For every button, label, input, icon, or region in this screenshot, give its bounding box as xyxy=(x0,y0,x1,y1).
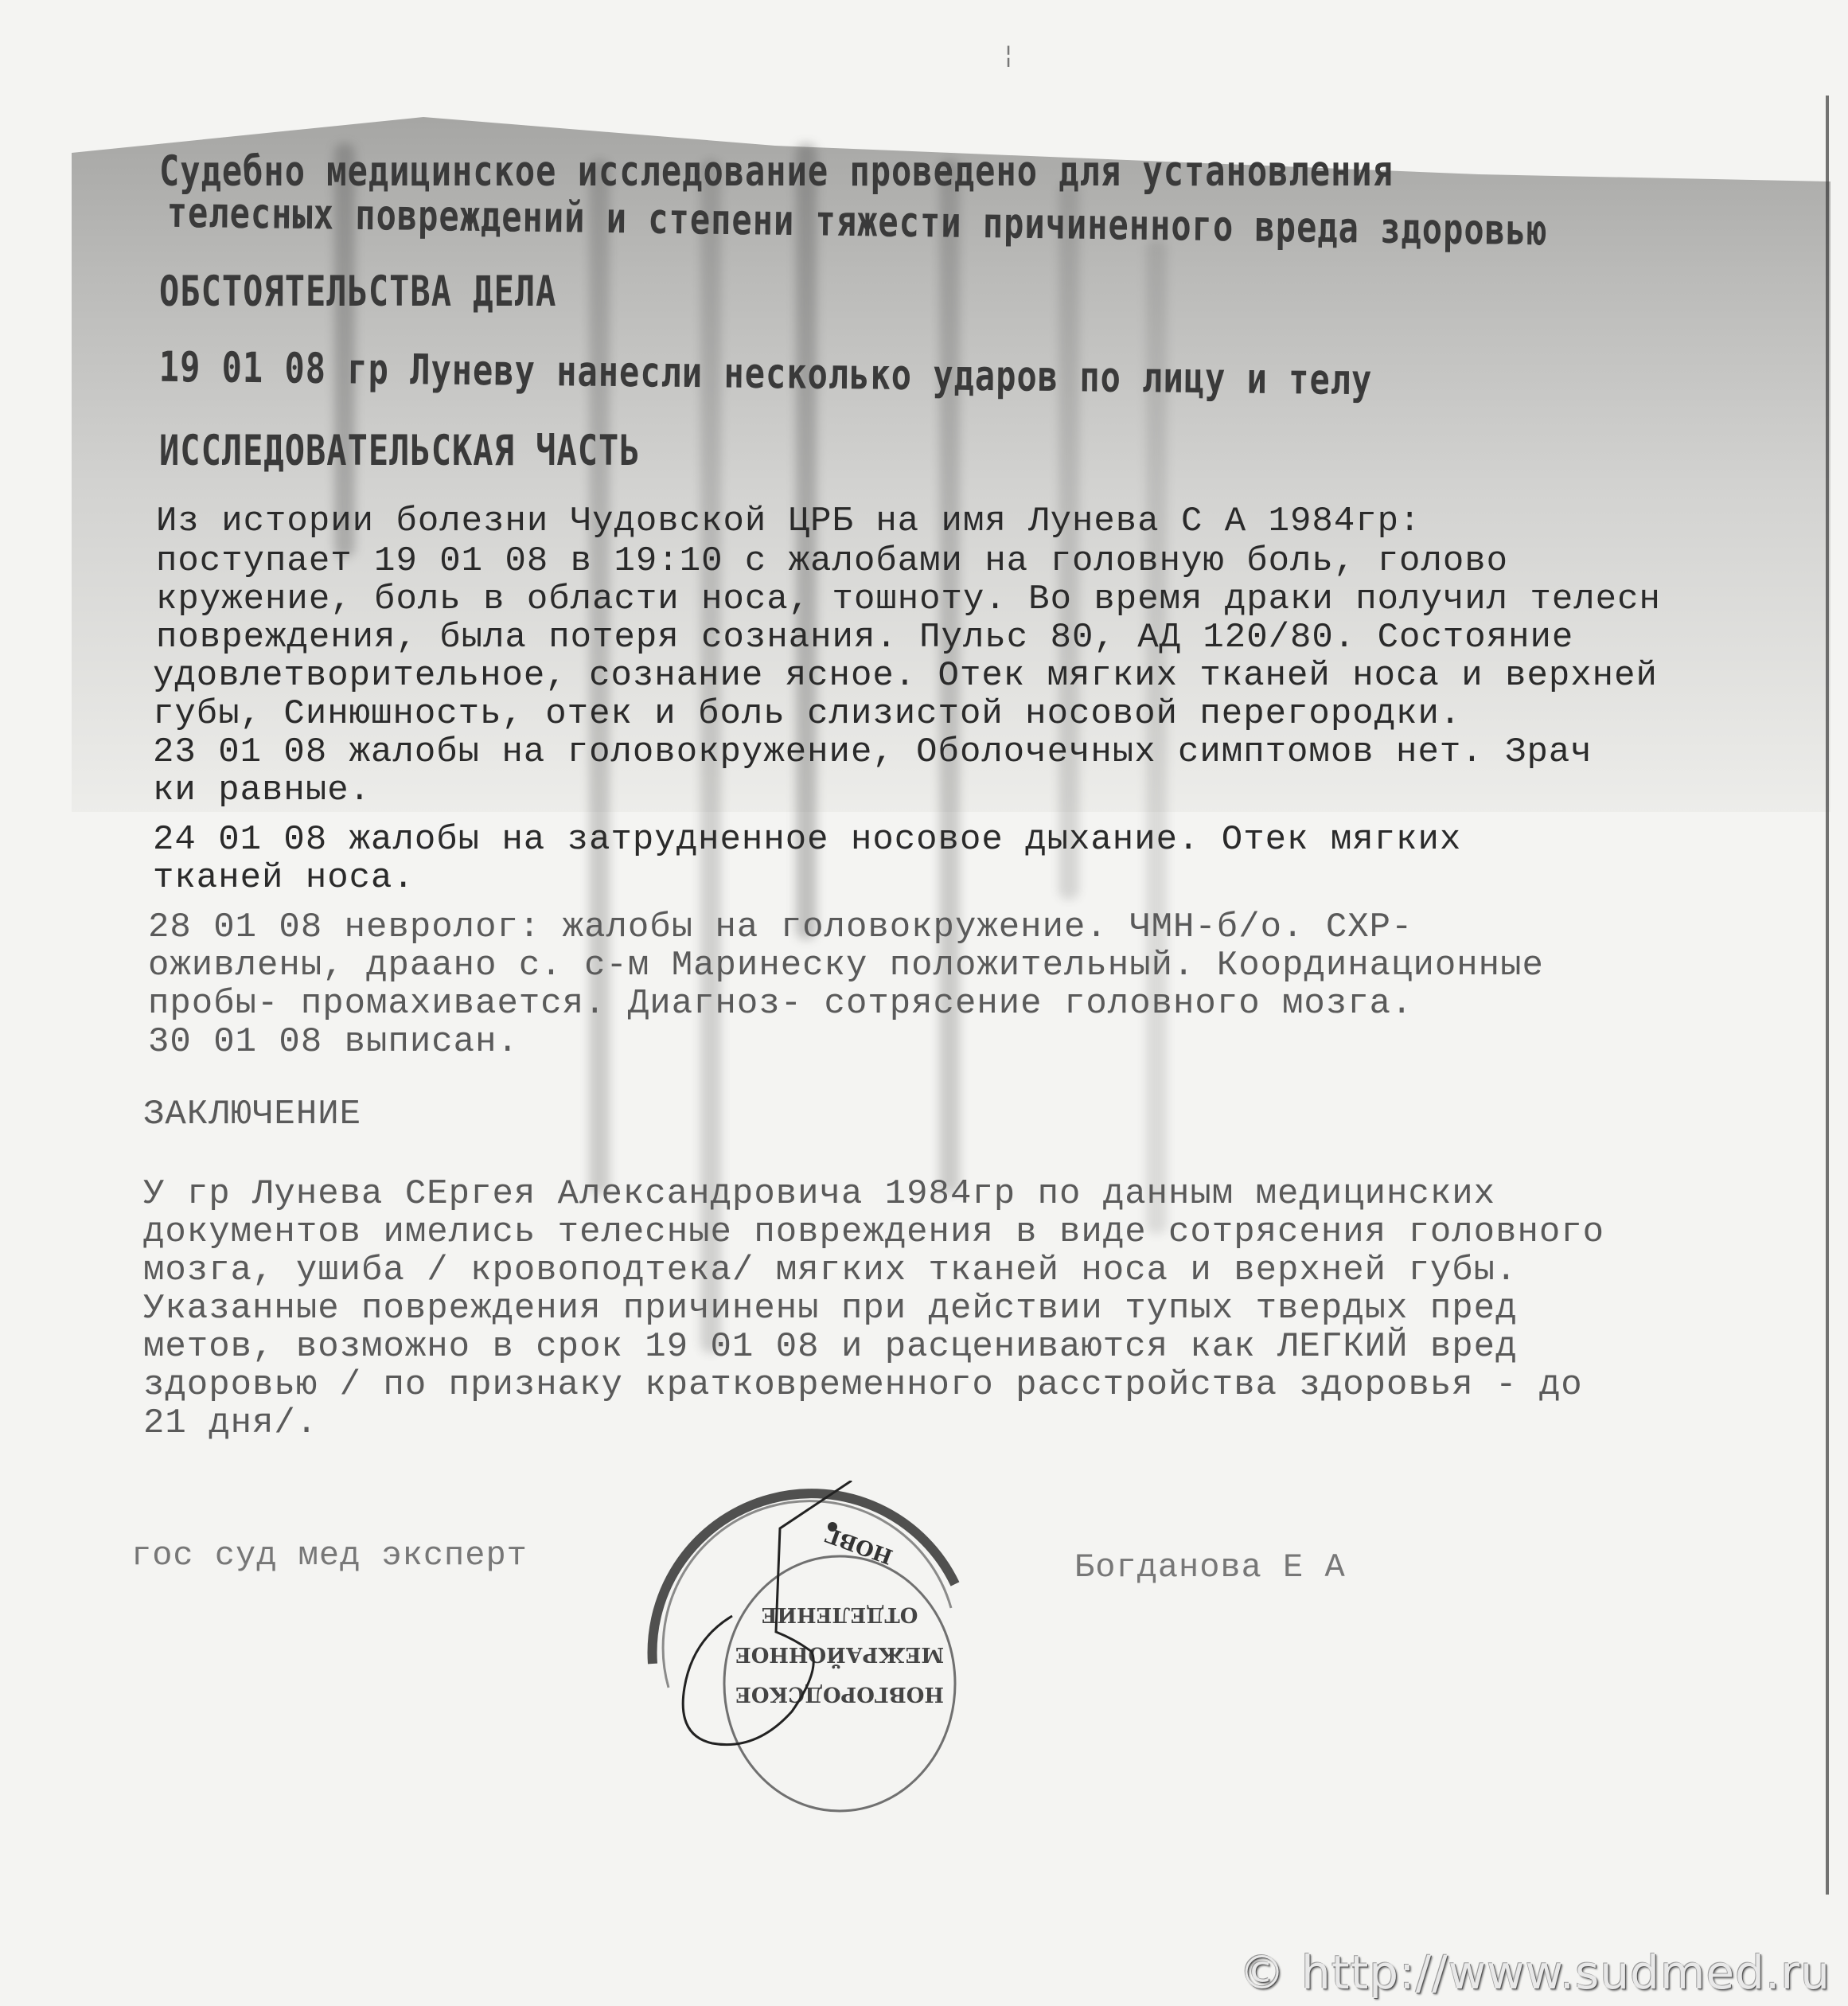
research-line: губы, Синюшность, отек и боль слизистой … xyxy=(153,694,1461,734)
research-line: повреждения, была потеря сознания. Пульс… xyxy=(156,618,1573,658)
intro-line-2: телесных повреждений и степени тяжести п… xyxy=(166,188,1547,255)
research-line: тканей носа. xyxy=(153,858,415,898)
research-line: оживлены, драано с. с-м Маринеску положи… xyxy=(148,946,1544,985)
signature-name: Богданова Е А xyxy=(1074,1548,1346,1586)
conclusion-heading: ЗАКЛЮЧЕНИЕ xyxy=(143,1095,361,1134)
conclusion-line: документов имелись телесные повреждения … xyxy=(143,1212,1604,1252)
conclusion-line: метов, возможно в срок 19 01 08 и расцен… xyxy=(143,1327,1517,1367)
research-line: поступает 19 01 08 в 19:10 с жалобами на… xyxy=(156,541,1508,581)
signature-role: гос суд мед эксперт xyxy=(131,1536,528,1575)
research-line: 30 01 08 выписан. xyxy=(148,1022,519,1062)
official-stamp: НОВГОРОДСКОЕ МЕЖРАЙОННОЕ ОТДЕЛЕНИЕ НОВГ xyxy=(637,1481,979,1815)
conclusion-line: здоровью / по признаку кратковременного … xyxy=(143,1365,1583,1405)
site-watermark: © http://www.sudmed.ru xyxy=(1239,1946,1830,2000)
svg-text:НОВГОРОДСКОЕ: НОВГОРОДСКОЕ xyxy=(735,1682,944,1706)
circumstances-heading: ОБСТОЯТЕЛЬСТВА ДЕЛА xyxy=(159,267,556,315)
svg-text:МЕЖРАЙОННОЕ: МЕЖРАЙОННОЕ xyxy=(735,1642,944,1668)
research-line: 28 01 08 невролог: жалобы на головокруже… xyxy=(148,907,1413,947)
research-line: ки равные. xyxy=(153,771,371,810)
research-line: 23 01 08 жалобы на головокружение, Оболо… xyxy=(153,732,1593,772)
research-line: кружение, боль в области носа, тошноту. … xyxy=(156,580,1661,619)
conclusion-line: У гр Лунева СЕргея Александровича 1984гр… xyxy=(143,1174,1495,1214)
intro-line-1: Судебно медицинское исследование проведе… xyxy=(159,146,1394,195)
conclusion-line: мозга, ушиба / кровоподтека/ мягких ткан… xyxy=(143,1251,1517,1290)
circumstances-text: 19 01 08 гр Луневу нанесли несколько уда… xyxy=(159,342,1373,404)
conclusion-line: Указанные повреждения причинены при дейс… xyxy=(143,1289,1517,1329)
svg-text:ОТДЕЛЕНИЕ: ОТДЕЛЕНИЕ xyxy=(762,1602,918,1626)
research-line: 24 01 08 жалобы на затрудненное носовое … xyxy=(153,820,1461,860)
conclusion-line: 21 дня/. xyxy=(143,1403,318,1443)
research-heading: ИССЛЕДОВАТЕЛЬСКАЯ ЧАСТЬ xyxy=(159,426,641,474)
research-line: удовлетворительное, сознание ясное. Отек… xyxy=(153,656,1658,696)
research-line: Из истории болезни Чудовской ЦРБ на имя … xyxy=(156,501,1421,541)
research-line: пробы- промахивается. Диагноз- сотрясени… xyxy=(148,984,1413,1024)
